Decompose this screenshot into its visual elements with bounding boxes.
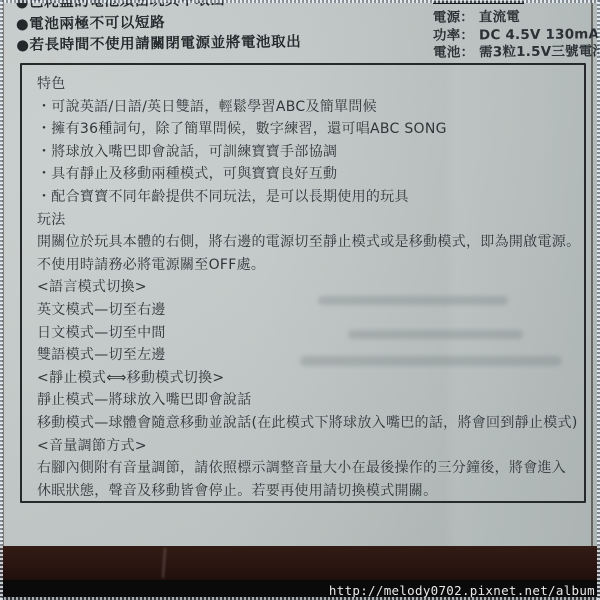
photo-frame-left	[0, 0, 3, 600]
mode-section-line: 移動模式—球體會隨意移動並說話(在此模式下將球放入嘴巴的話，將會回到靜止模式)	[37, 412, 580, 435]
play-title: 玩法	[37, 209, 580, 232]
play-intro-line: 不使用時請務必將電源關至OFF處。	[37, 254, 580, 277]
paper-edge-right	[591, 0, 593, 546]
volume-section-line: 休眠狀態，聲音及移動皆會停止。若要再使用請切換模式開關。	[37, 480, 580, 503]
instruction-sheet-photo: ●已耗盡的電池須由玩具中取出 ●電池兩極不可以短路 ●若長時間不使用請關閉電源並…	[0, 0, 600, 600]
feature-line: ・擁有36種詞句，除了簡單問候，數字練習，還可唱ABC SONG	[37, 118, 580, 141]
spec-line-power-source: 電源： 直流電	[433, 8, 600, 27]
volume-section-line: 右腳內側附有音量調節，請依照標示調整音量大小在最後操作的三分鐘後，將會進入	[37, 457, 580, 480]
battery-note-line: ●若長時間不使用請關閉電源並將電池取出	[16, 32, 301, 57]
bleedthrough-mark	[318, 296, 508, 305]
watermark-url: http://melody0702.pixnet.net/album	[329, 583, 600, 598]
play-intro-line: 開關位於玩具本體的右側，將右邊的電源切至靜止模式或是移動模式，即為開啟電源。	[37, 231, 580, 254]
mode-section-line: 靜止模式—將球放入嘴巴即會說話	[37, 389, 580, 412]
battery-notes: ●已耗盡的電池須由玩具中取出 ●電池兩極不可以短路 ●若長時間不使用請關閉電源並…	[16, 0, 302, 57]
spec-line-wattage: 功率： DC 4.5V 130mA	[433, 26, 600, 45]
spec-line-battery: 電池： 需3粒1.5V三號電池	[433, 43, 600, 62]
manual-box: 特色 ・可說英語/日語/英日雙語，輕鬆學習ABC及簡單問候 ・擁有36種詞句，除…	[20, 63, 586, 503]
photo-frame-top	[0, 0, 600, 3]
bleedthrough-mark	[348, 330, 523, 339]
power-spec-box: 電源： 直流電 功率： DC 4.5V 130mA 電池： 需3粒1.5V三號電…	[433, 8, 600, 62]
manual-box-content: 特色 ・可說英語/日語/英日雙語，輕鬆學習ABC及簡單問候 ・擁有36種詞句，除…	[37, 73, 580, 502]
feature-line: ・配合寶寶不同年齡提供不同玩法，是可以長期使用的玩具	[37, 186, 580, 209]
feature-line: ・可說英語/日語/英日雙語，輕鬆學習ABC及簡單問候	[37, 96, 580, 119]
feature-line: ・將球放入嘴巴即會說話，可訓練寶寶手部協調	[37, 141, 580, 164]
mode-section-heading: <靜止模式⟺移動模式切換>	[37, 367, 580, 390]
features-title: 特色	[37, 73, 580, 96]
feature-line: ・具有靜止及移動兩種模式，可與寶寶良好互動	[37, 163, 580, 186]
volume-section-heading: <音量調節方式>	[37, 435, 580, 458]
bleedthrough-mark	[300, 356, 562, 366]
table-surface-band	[0, 546, 600, 580]
